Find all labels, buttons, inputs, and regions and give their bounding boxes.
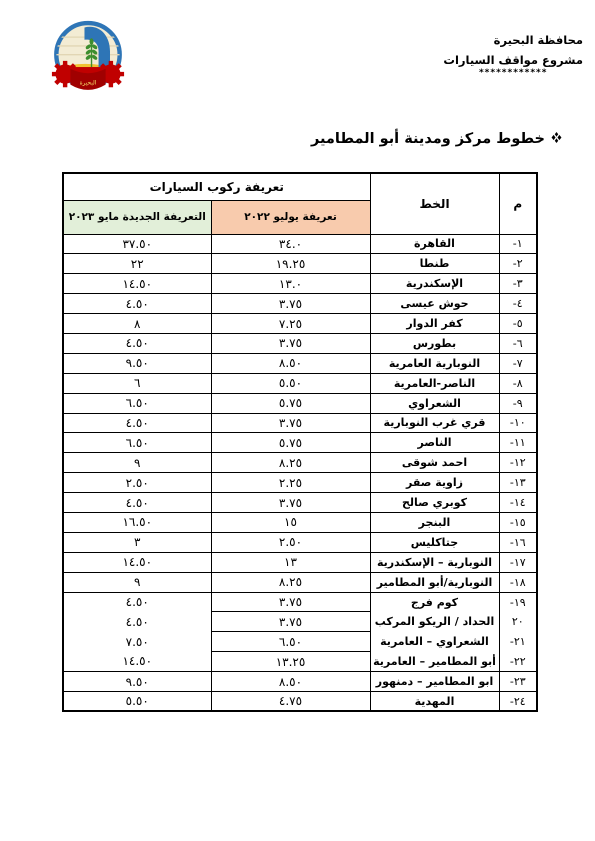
new-may-2023-tariff-cell: ٢٢ [63, 254, 211, 274]
table-row: -٢٢أبو المطامير – العامرية١٣.٢٥١٤.٥٠ [63, 652, 537, 672]
july-2022-tariff-cell: ١٥ [211, 512, 370, 532]
table-row: -٨الناصر-العامرية٥.٥٠٦ [63, 373, 537, 393]
new-may-2023-tariff-cell: ٦.٥٠ [63, 433, 211, 453]
table-row: -١٥البنجر١٥١٦.٥٠ [63, 512, 537, 532]
table-row: -١٦جتاكليس٢.٥٠٣ [63, 532, 537, 552]
row-number-cell: -١ [499, 234, 537, 254]
line-name-cell: كوبري صالح [370, 493, 499, 513]
line-name-cell: الإسكندرية [370, 274, 499, 294]
table-row: -٢٣ابو المطامير – دمنهور٨.٥٠٩.٥٠ [63, 672, 537, 692]
july-2022-tariff-cell: ٣.٧٥ [211, 612, 370, 632]
july-2022-tariff-cell: ٨.٢٥ [211, 572, 370, 592]
july-2022-tariff-cell: ٧.٢٥ [211, 314, 370, 334]
page-title: خطوط مركز ومدينة أبو المطامير [311, 130, 562, 147]
row-number-cell: -١٤ [499, 493, 537, 513]
governorate-emblem-icon: البحيرة [44, 16, 132, 104]
line-name-cell: النوبارية العامرية [370, 353, 499, 373]
table-row: -٥كفر الدوار٧.٢٥٨ [63, 314, 537, 334]
new-may-2023-tariff-cell: ١٦.٥٠ [63, 512, 211, 532]
table-row: ٢٠الحداد / الريكو المركب٣.٧٥٤.٥٠ [63, 612, 537, 632]
new-may-2023-tariff-cell: ٨ [63, 314, 211, 334]
july-2022-tariff-cell: ٣.٧٥ [211, 294, 370, 314]
new-may-2023-tariff-cell: ٤.٥٠ [63, 294, 211, 314]
letterhead: محافظة البحيرة مشروع مواقف السيارات ****… [443, 30, 583, 76]
new-may-2023-tariff-cell: ٩ [63, 453, 211, 473]
new-may-2023-tariff-cell: ٦ [63, 373, 211, 393]
table-row: -١القاهرة٣٤.٠٣٧.٥٠ [63, 234, 537, 254]
row-number-cell: -٢٤ [499, 691, 537, 711]
beheira-governorate-logo: البحيرة [44, 16, 132, 104]
line-name-cell: الناصر-العامرية [370, 373, 499, 393]
table-row: -١٠قري غرب النوبارية٣.٧٥٤.٥٠ [63, 413, 537, 433]
july-2022-tariff-cell: ٦.٥٠ [211, 632, 370, 652]
table-row: -١٧النوبارية – الإسكندرية١٣١٤.٥٠ [63, 552, 537, 572]
line-name-cell: بطورس [370, 333, 499, 353]
line-name-cell: النوبارية – الإسكندرية [370, 552, 499, 572]
table-row: -٢١الشعراوي – العامرية٦.٥٠٧.٥٠ [63, 632, 537, 652]
new-may-2023-tariff-cell: ٦.٥٠ [63, 393, 211, 413]
line-name-cell: الشعراوي [370, 393, 499, 413]
table-row: -٧النوبارية العامرية٨.٥٠٩.٥٠ [63, 353, 537, 373]
row-number-cell: -١٧ [499, 552, 537, 572]
logo-ribbon-label: البحيرة [80, 81, 97, 87]
new-may-2023-tariff-cell: ٩.٥٠ [63, 353, 211, 373]
row-number-cell: -٩ [499, 393, 537, 413]
table-header-row-1: م الخط تعريفة ركوب السيارات [63, 173, 537, 200]
table-row: -١٤كوبري صالح٣.٧٥٤.٥٠ [63, 493, 537, 513]
line-name-cell: احمد شوقى [370, 453, 499, 473]
line-name-cell: أبو المطامير – العامرية [370, 652, 499, 672]
new-may-2023-tariff-cell: ٤.٥٠ [63, 333, 211, 353]
table-row: -١٨النوبارية/أبو المطامير٨.٢٥٩ [63, 572, 537, 592]
row-number-cell: -٦ [499, 333, 537, 353]
new-may-2023-tariff-cell: ٤.٥٠ [63, 612, 211, 632]
row-number-cell: -٢٢ [499, 652, 537, 672]
table-row: -٩الشعراوي٥.٧٥٦.٥٠ [63, 393, 537, 413]
tariff-table: م الخط تعريفة ركوب السيارات تعريفة يوليو… [62, 172, 538, 712]
stars-divider: ************ [443, 70, 583, 76]
line-name-cell: حوش عيسى [370, 294, 499, 314]
july-2022-tariff-cell: ٢.٢٥ [211, 473, 370, 493]
org-name: محافظة البحيرة [443, 30, 583, 50]
row-number-cell: -٨ [499, 373, 537, 393]
row-number-cell: -٧ [499, 353, 537, 373]
row-number-cell: -٣ [499, 274, 537, 294]
new-may-2023-tariff-cell: ١٤.٥٠ [63, 652, 211, 672]
line-name-cell: جتاكليس [370, 532, 499, 552]
row-number-cell: -٢ [499, 254, 537, 274]
row-number-cell: -١٥ [499, 512, 537, 532]
line-name-cell: الشعراوي – العامرية [370, 632, 499, 652]
line-name-cell: كفر الدوار [370, 314, 499, 334]
row-number-cell: -١٣ [499, 473, 537, 493]
july-2022-tariff-cell: ١٣.٠ [211, 274, 370, 294]
new-may-2023-tariff-cell: ٤.٥٠ [63, 413, 211, 433]
line-name-cell: قري غرب النوبارية [370, 413, 499, 433]
col-header-july-2022: تعريفة يوليو ٢٠٢٢ [211, 200, 370, 234]
row-number-cell: ٢٠ [499, 612, 537, 632]
diamond-bullet-icon [551, 131, 562, 147]
new-may-2023-tariff-cell: ٣٧.٥٠ [63, 234, 211, 254]
july-2022-tariff-cell: ٣.٧٥ [211, 333, 370, 353]
row-number-cell: -٢٣ [499, 672, 537, 692]
table-row: -٤حوش عيسى٣.٧٥٤.٥٠ [63, 294, 537, 314]
col-header-line: الخط [370, 173, 499, 234]
new-may-2023-tariff-cell: ٩.٥٠ [63, 672, 211, 692]
july-2022-tariff-cell: ٥.٥٠ [211, 373, 370, 393]
row-number-cell: -٤ [499, 294, 537, 314]
row-number-cell: -١٠ [499, 413, 537, 433]
line-name-cell: ابو المطامير – دمنهور [370, 672, 499, 692]
july-2022-tariff-cell: ٣.٧٥ [211, 493, 370, 513]
july-2022-tariff-cell: ٤.٧٥ [211, 691, 370, 711]
line-name-cell: المهدية [370, 691, 499, 711]
page-title-text: خطوط مركز ومدينة أبو المطامير [311, 131, 545, 147]
row-number-cell: -١٢ [499, 453, 537, 473]
line-name-cell: زاوية صقر [370, 473, 499, 493]
table-row: -١٩كوم فرج٣.٧٥٤.٥٠ [63, 592, 537, 612]
july-2022-tariff-cell: ٣.٧٥ [211, 413, 370, 433]
row-number-cell: -١١ [499, 433, 537, 453]
july-2022-tariff-cell: ٥.٧٥ [211, 393, 370, 413]
july-2022-tariff-cell: ٨.٢٥ [211, 453, 370, 473]
new-may-2023-tariff-cell: ٤.٥٠ [63, 493, 211, 513]
table-row: -٣الإسكندرية١٣.٠١٤.٥٠ [63, 274, 537, 294]
new-may-2023-tariff-cell: ٤.٥٠ [63, 592, 211, 612]
line-name-cell: القاهرة [370, 234, 499, 254]
july-2022-tariff-cell: ٥.٧٥ [211, 433, 370, 453]
new-may-2023-tariff-cell: ٢.٥٠ [63, 473, 211, 493]
july-2022-tariff-cell: ٢.٥٠ [211, 532, 370, 552]
table-row: -٢٤المهدية٤.٧٥٥.٥٠ [63, 691, 537, 711]
line-name-cell: البنجر [370, 512, 499, 532]
july-2022-tariff-cell: ٨.٥٠ [211, 353, 370, 373]
col-header-new-may-2023: التعريفة الجديدة مايو ٢٠٢٣ [63, 200, 211, 234]
line-name-cell: الناصر [370, 433, 499, 453]
line-name-cell: الحداد / الريكو المركب [370, 612, 499, 632]
july-2022-tariff-cell: ٣.٧٥ [211, 592, 370, 612]
org-department: مشروع مواقف السيارات [443, 50, 583, 70]
line-name-cell: طنطا [370, 254, 499, 274]
table-row: -١٣زاوية صقر٢.٢٥٢.٥٠ [63, 473, 537, 493]
july-2022-tariff-cell: ١٣.٢٥ [211, 652, 370, 672]
table-row: -٢طنطا١٩.٢٥٢٢ [63, 254, 537, 274]
row-number-cell: -١٩ [499, 592, 537, 612]
col-header-serial: م [499, 173, 537, 234]
row-number-cell: -١٨ [499, 572, 537, 592]
table-row: -١٢احمد شوقى٨.٢٥٩ [63, 453, 537, 473]
july-2022-tariff-cell: ٣٤.٠ [211, 234, 370, 254]
table-body: -١القاهرة٣٤.٠٣٧.٥٠-٢طنطا١٩.٢٥٢٢-٣الإسكند… [63, 234, 537, 711]
line-name-cell: النوبارية/أبو المطامير [370, 572, 499, 592]
group-header-tariff: تعريفة ركوب السيارات [63, 173, 370, 200]
document-page: البحيرة محافظة البحيرة مشروع مواقف السيا… [0, 0, 595, 841]
new-may-2023-tariff-cell: ٥.٥٠ [63, 691, 211, 711]
july-2022-tariff-cell: ١٣ [211, 552, 370, 572]
new-may-2023-tariff-cell: ٩ [63, 572, 211, 592]
table-row: -١١الناصر٥.٧٥٦.٥٠ [63, 433, 537, 453]
line-name-cell: كوم فرج [370, 592, 499, 612]
new-may-2023-tariff-cell: ١٤.٥٠ [63, 552, 211, 572]
new-may-2023-tariff-cell: ٧.٥٠ [63, 632, 211, 652]
row-number-cell: -٢١ [499, 632, 537, 652]
table-row: -٦بطورس٣.٧٥٤.٥٠ [63, 333, 537, 353]
row-number-cell: -٥ [499, 314, 537, 334]
new-may-2023-tariff-cell: ١٤.٥٠ [63, 274, 211, 294]
row-number-cell: -١٦ [499, 532, 537, 552]
july-2022-tariff-cell: ١٩.٢٥ [211, 254, 370, 274]
new-may-2023-tariff-cell: ٣ [63, 532, 211, 552]
july-2022-tariff-cell: ٨.٥٠ [211, 672, 370, 692]
